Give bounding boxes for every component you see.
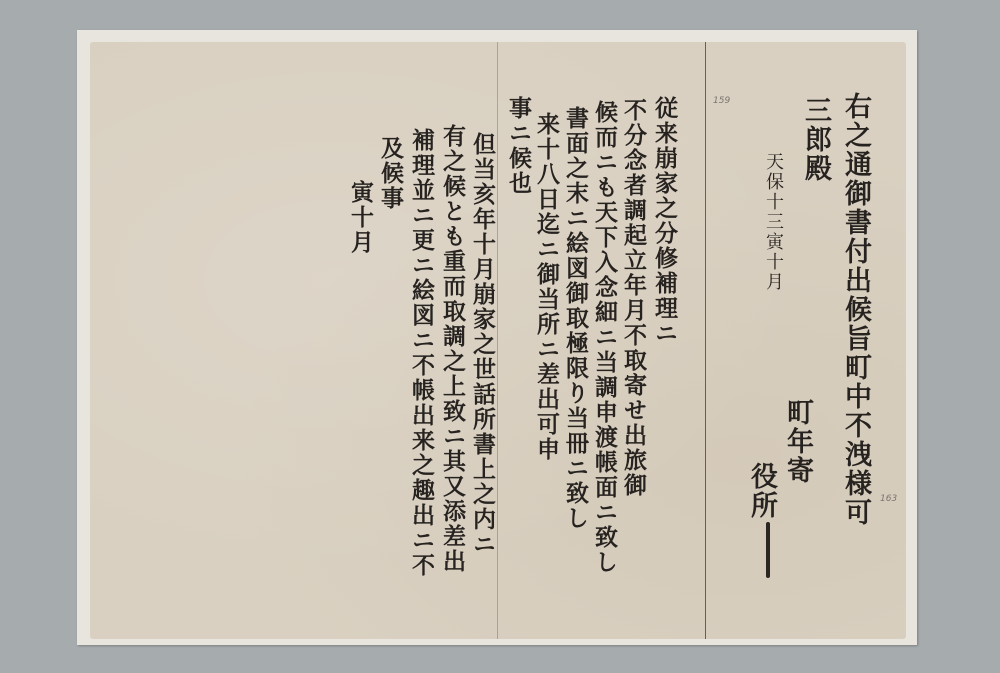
date-column: 寅十月 — [344, 180, 377, 255]
fold-crease-right — [705, 42, 706, 639]
signature-column: 町年寄 — [778, 398, 817, 485]
text-column: 但当亥年十月崩家之世話所書上之内ニ — [466, 132, 499, 557]
signature-flourish — [766, 522, 770, 578]
signature-column: 役所 — [742, 462, 781, 520]
date-column: 天保十三寅十月 — [760, 152, 786, 292]
text-column: 三郎殿 — [796, 96, 835, 183]
text-column: 右之通御書付出候旨町中不洩様可 — [836, 92, 875, 527]
text-column: 事ニ候也 — [502, 96, 535, 196]
text-column: 補理並ニ更ニ絵図ニ不帳出来之趣出ニ不 — [405, 128, 438, 578]
text-column: 書面之末ニ絵図御取極限り当冊ニ致し — [559, 106, 592, 531]
text-column: 不分念者調起立年月不取寄せ出旅御 — [617, 98, 650, 498]
text-column: 候而ニも天下入念細ニ当調申渡帳面ニ致し — [588, 100, 621, 575]
text-column: 有之候とも重而取調之上致ニ其又添差出 — [436, 124, 469, 574]
page-number-note: 163 — [880, 494, 897, 504]
text-column: 従来崩家之分修補理ニ — [648, 96, 681, 346]
page-number-note: 159 — [713, 96, 730, 106]
text-column: 及候事 — [374, 136, 407, 211]
